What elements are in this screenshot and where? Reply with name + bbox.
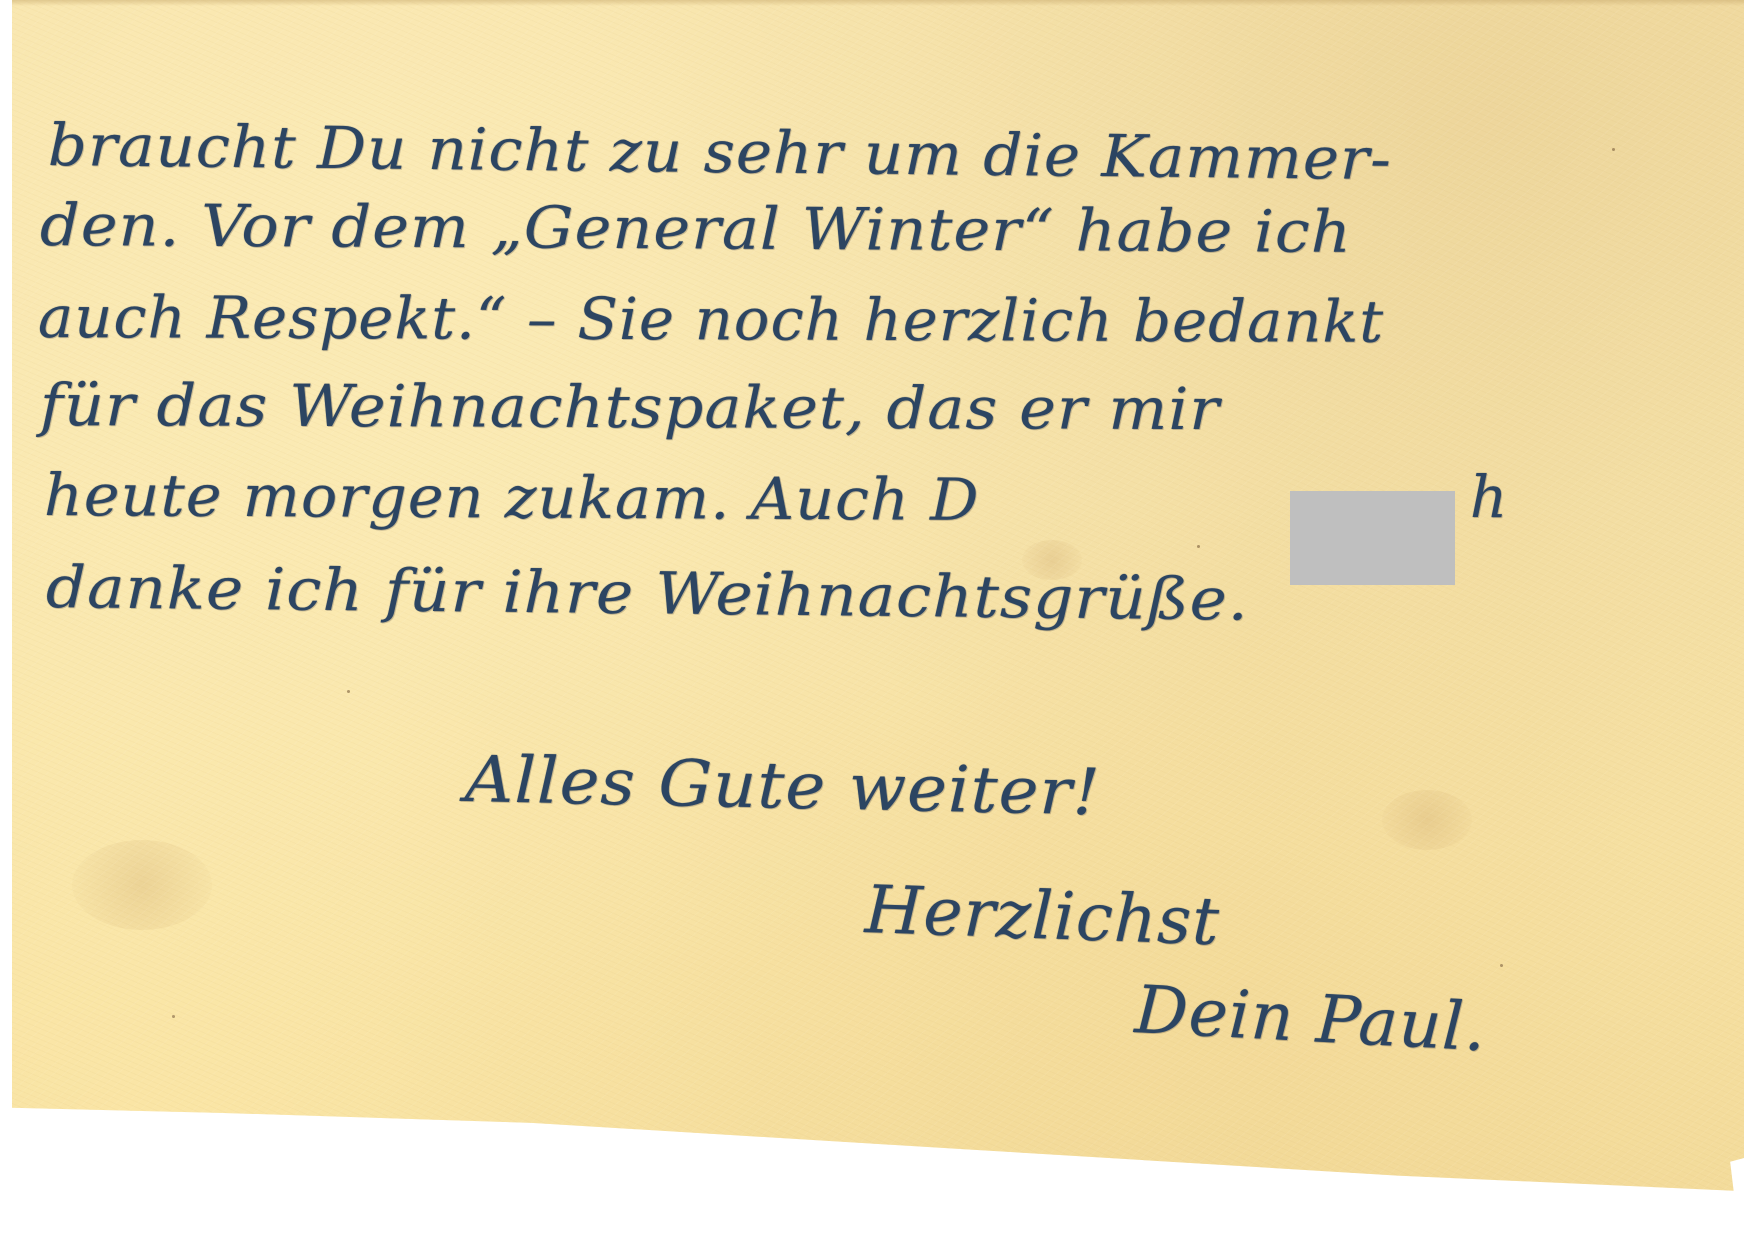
letter-line-5-tail: h — [1470, 462, 1509, 532]
paper-speck — [1197, 545, 1200, 548]
scanned-letter: braucht Du nicht zu sehr um die Kammer- … — [0, 0, 1744, 1256]
paper-stain — [1382, 790, 1472, 850]
closing-line: Alles Gute weiter! — [464, 740, 1101, 833]
paper-speck — [1500, 964, 1503, 967]
paper-stain — [72, 840, 212, 930]
paper-speck — [1612, 148, 1615, 151]
letter-line-6: danke ich für ihre Weihnachtsgrüße. — [46, 552, 1250, 635]
letter-line-4: für das Weihnachtspaket, das er mir — [40, 370, 1220, 444]
letter-line-1: braucht Du nicht zu sehr um die Kammer- — [48, 110, 1393, 194]
redaction-box — [1290, 491, 1455, 585]
paper-speck — [172, 1015, 175, 1018]
letter-line-2: den. Vor dem „General Winter“ habe ich — [40, 190, 1352, 267]
letter-line-3: auch Respekt.“ – Sie noch herzlich bedan… — [38, 282, 1384, 357]
letter-line-5: heute morgen zukam. Auch D — [44, 460, 980, 535]
signature-greeting: Herzlichst — [864, 870, 1222, 962]
paper-top-edge — [12, 0, 1744, 6]
paper-speck — [347, 690, 350, 693]
